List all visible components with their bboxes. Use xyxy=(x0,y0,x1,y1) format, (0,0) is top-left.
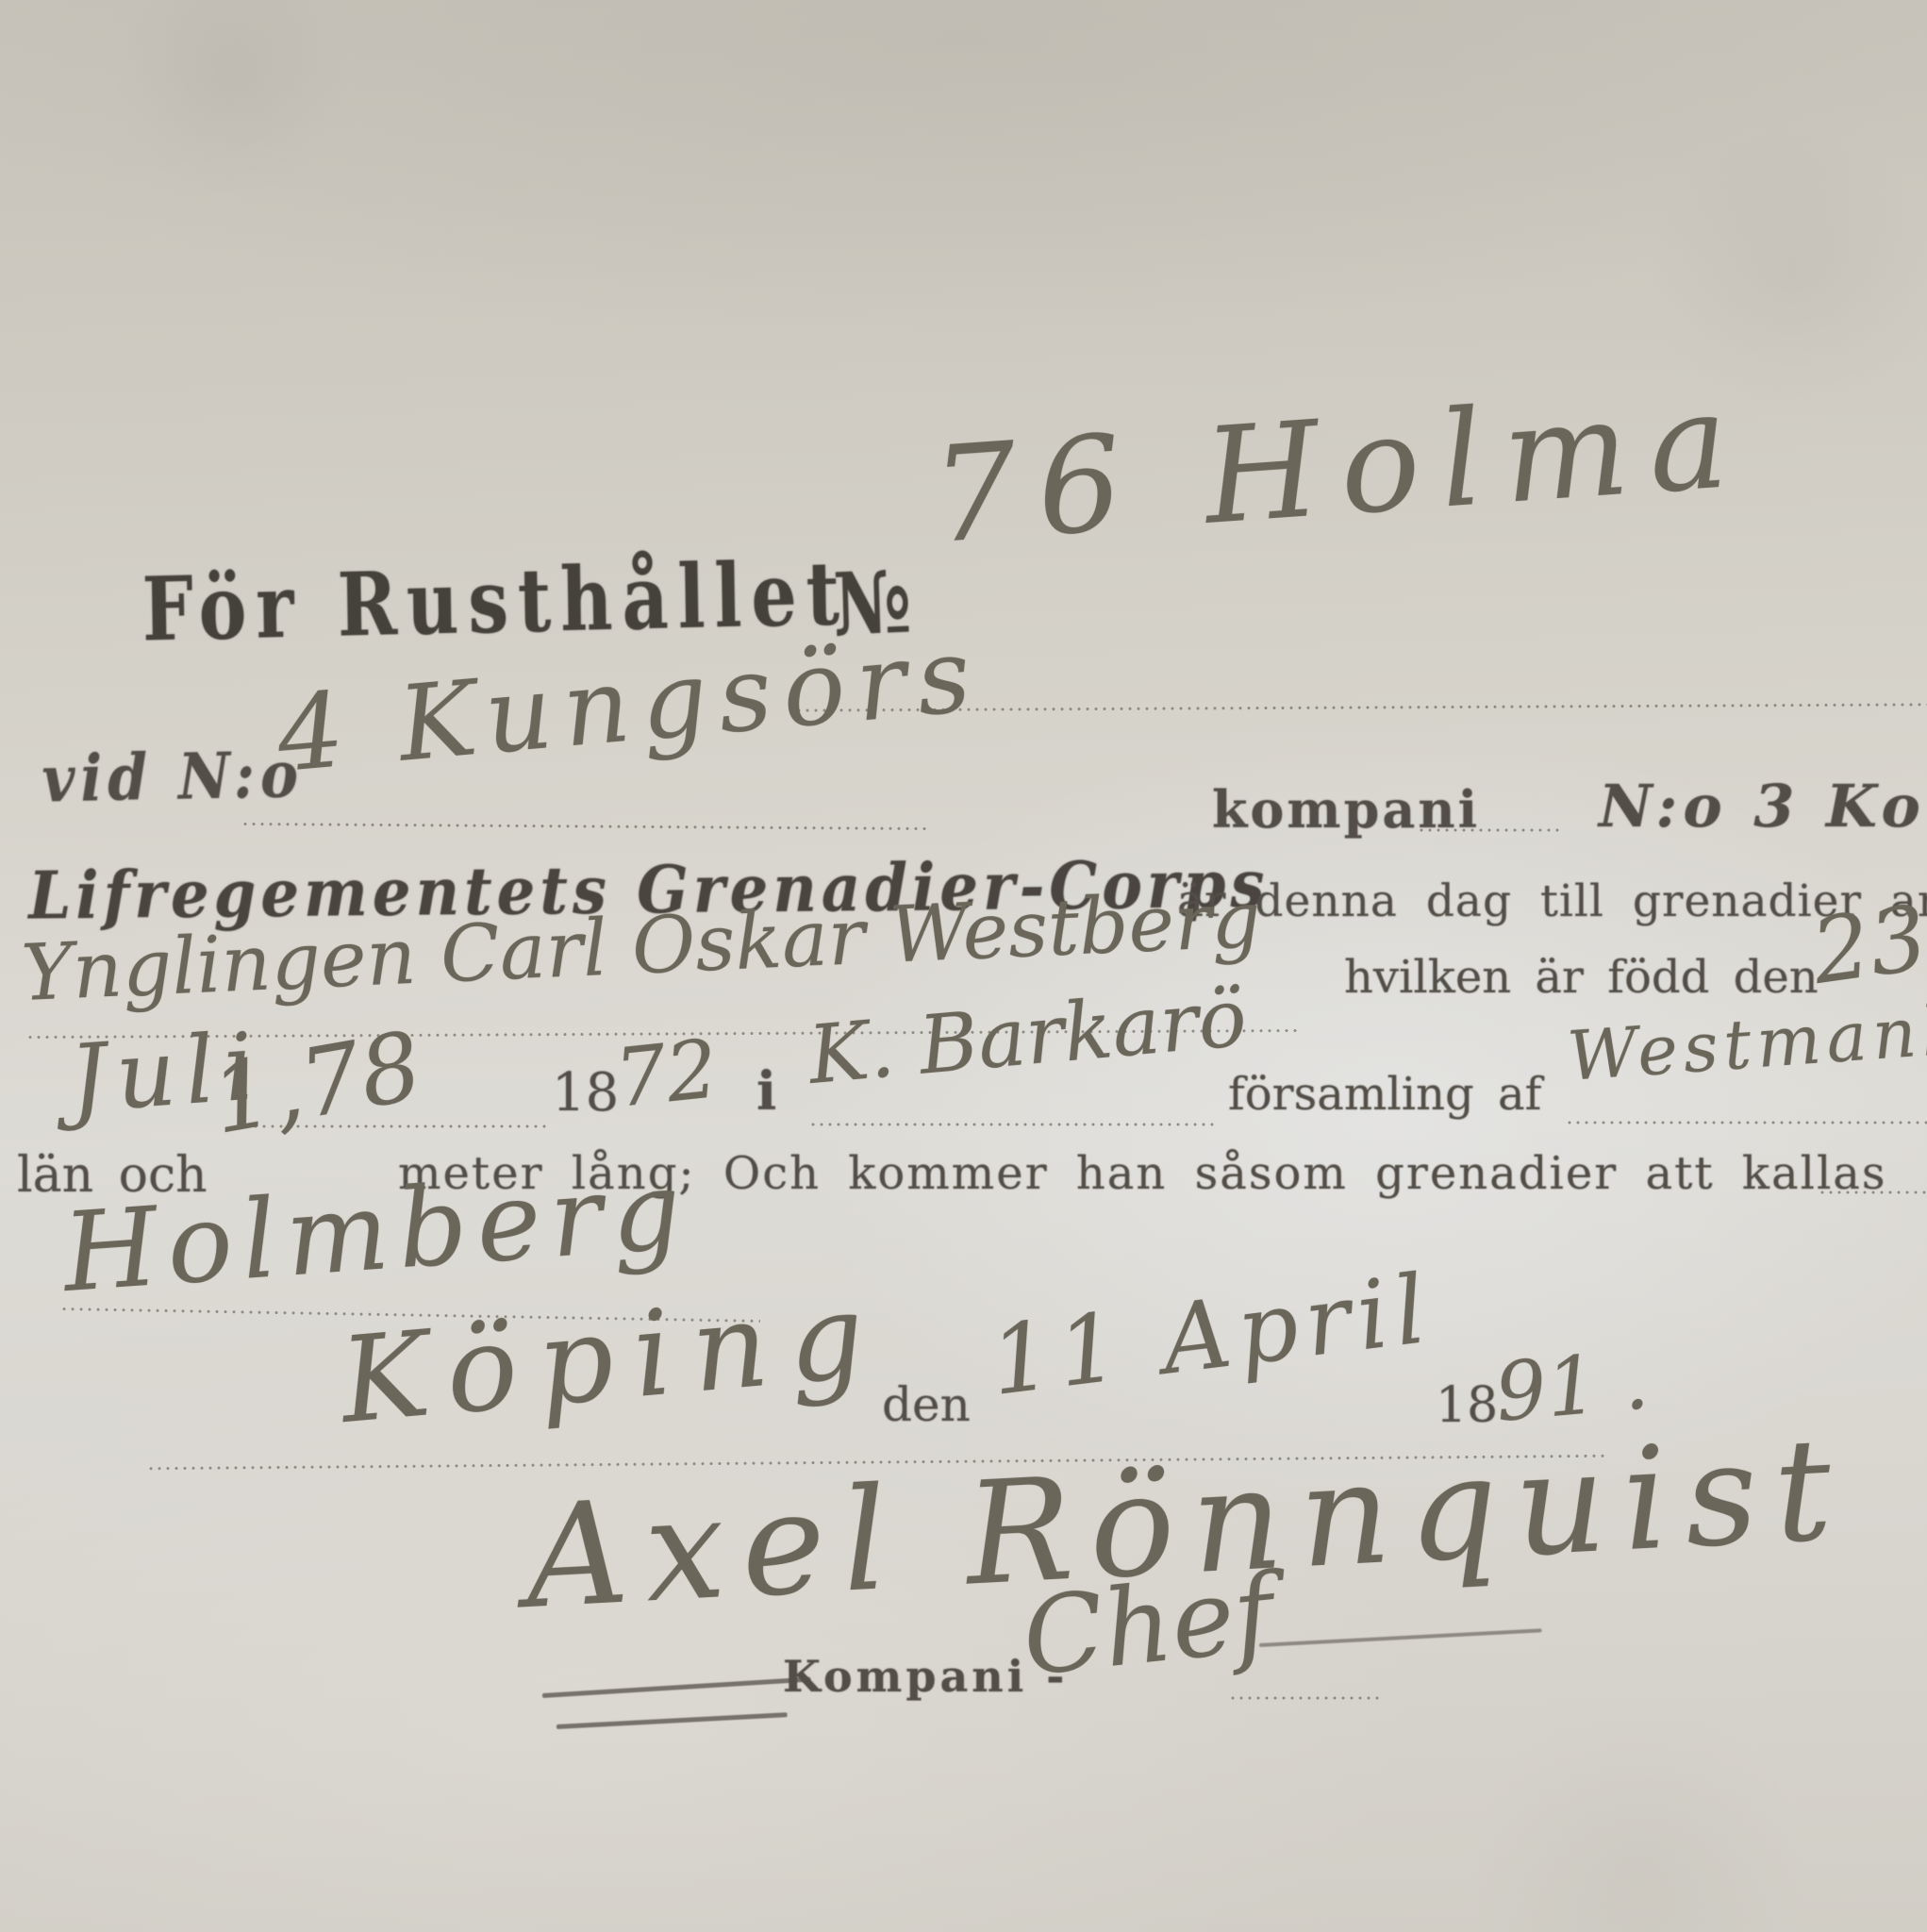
signature-flourish xyxy=(557,1712,788,1729)
dotted-line xyxy=(1568,1121,1927,1124)
date-daymonth-entry: 11 April xyxy=(985,1253,1439,1417)
birth-parish-entry: K. Barkarö xyxy=(805,972,1250,1103)
document-photo: För Rusthållet № 76 Holma vid N:o 4 Kung… xyxy=(0,0,1927,1932)
birth-i-label: i xyxy=(756,1060,776,1123)
dotted-line xyxy=(1420,828,1561,832)
birth-year-hand: 72 xyxy=(611,1023,723,1126)
dotted-line xyxy=(811,1123,1215,1126)
signature-flourish xyxy=(1259,1628,1542,1647)
birth-year-printed: 18 xyxy=(552,1062,619,1124)
heading-handwritten-entry: 76 Holma xyxy=(928,363,1753,574)
dotted-line xyxy=(243,822,930,830)
company-vid-no-label: vid N:o xyxy=(42,739,305,818)
date-den-label: den xyxy=(882,1377,971,1432)
signature-title-handwritten: Chef xyxy=(1017,1552,1279,1700)
signature-flourish xyxy=(542,1677,811,1698)
date-place-entry: Köping xyxy=(335,1266,889,1450)
birth-parish-label: församling af xyxy=(1228,1068,1541,1121)
dotted-line xyxy=(1231,1696,1382,1700)
recruit-born-label: hvilken är född den xyxy=(1344,951,1819,1004)
recruit-birth-day: 23 xyxy=(1806,886,1927,1005)
dotted-line xyxy=(1820,1191,1927,1194)
company-korporalskap-label: N:o 3 Kor xyxy=(1599,772,1927,841)
certificate-paper: För Rusthållet № 76 Holma vid N:o 4 Kung… xyxy=(0,0,1927,1932)
